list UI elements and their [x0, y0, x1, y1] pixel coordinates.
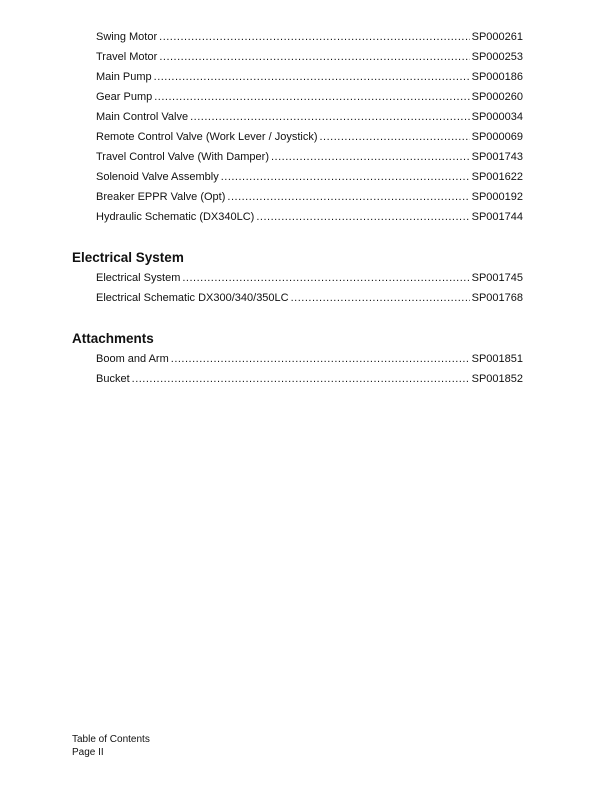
entry-code: SP001852: [472, 373, 523, 385]
entry-title: Main Control Valve: [96, 111, 188, 123]
entry-title: Boom and Arm: [96, 353, 169, 365]
entry-code: SP001744: [472, 211, 523, 223]
dot-leader: [159, 51, 469, 63]
toc-entry[interactable]: Remote Control Valve (Work Lever / Joyst…: [96, 131, 523, 151]
toc-entry[interactable]: Electrical System SP001745: [96, 272, 523, 292]
attachments-list: Boom and ArmSP001851 BucketSP001852: [96, 353, 523, 393]
toc-entry[interactable]: Main Control Valve SP000034: [96, 111, 523, 131]
dot-leader: [154, 71, 470, 83]
dot-leader: [154, 91, 469, 103]
entry-title: Travel Motor: [96, 51, 157, 63]
toc-entry[interactable]: Travel Control Valve (With Damper)SP0017…: [96, 151, 523, 171]
entry-code: SP001768: [472, 292, 523, 304]
entry-title: Electrical System: [96, 272, 180, 284]
dot-leader: [271, 151, 470, 163]
toc-entry[interactable]: Swing MotorSP000261: [96, 31, 523, 51]
entry-code: SP000261: [472, 31, 523, 43]
entry-code: SP000253: [472, 51, 523, 63]
footer-title: Table of Contents: [72, 733, 150, 746]
section-heading-attachments: Attachments: [72, 331, 154, 346]
entry-code: SP001622: [472, 171, 523, 183]
footer-page-number: Page II: [72, 746, 150, 759]
toc-entry[interactable]: Hydraulic Schematic (DX340LC) SP001744: [96, 211, 523, 231]
entry-title: Breaker EPPR Valve (Opt): [96, 191, 225, 203]
page-footer: Table of Contents Page II: [72, 733, 150, 759]
dot-leader: [291, 292, 470, 304]
entry-code: SP000069: [472, 131, 523, 143]
entry-title: Travel Control Valve (With Damper): [96, 151, 269, 163]
dot-leader: [221, 171, 470, 183]
toc-entry[interactable]: Travel MotorSP000253: [96, 51, 523, 71]
dot-leader: [171, 353, 470, 365]
toc-entry[interactable]: Gear Pump SP000260: [96, 91, 523, 111]
entry-code: SP001745: [472, 272, 523, 284]
entry-title: Main Pump: [96, 71, 152, 83]
dot-leader: [182, 272, 469, 284]
toc-entry[interactable]: Main PumpSP000186: [96, 71, 523, 91]
dot-leader: [320, 131, 470, 143]
dot-leader: [256, 211, 469, 223]
entry-code: SP000192: [472, 191, 523, 203]
entry-code: SP001743: [472, 151, 523, 163]
entry-code: SP001851: [472, 353, 523, 365]
toc-entry[interactable]: BucketSP001852: [96, 373, 523, 393]
entry-title: Solenoid Valve Assembly: [96, 171, 219, 183]
toc-entry[interactable]: Boom and ArmSP001851: [96, 353, 523, 373]
entry-code: SP000034: [472, 111, 523, 123]
dot-leader: [132, 373, 470, 385]
toc-entry[interactable]: Solenoid Valve Assembly SP001622: [96, 171, 523, 191]
entry-title: Bucket: [96, 373, 130, 385]
section-heading-electrical: Electrical System: [72, 250, 184, 265]
toc-entry[interactable]: Electrical Schematic DX300/340/350LCSP00…: [96, 292, 523, 312]
entry-code: SP000260: [472, 91, 523, 103]
entry-title: Electrical Schematic DX300/340/350LC: [96, 292, 289, 304]
hydraulic-list: Swing MotorSP000261 Travel MotorSP000253…: [96, 31, 523, 231]
dot-leader: [159, 31, 469, 43]
entry-title: Gear Pump: [96, 91, 152, 103]
entry-title: Swing Motor: [96, 31, 157, 43]
toc-entry[interactable]: Breaker EPPR Valve (Opt) SP000192: [96, 191, 523, 211]
electrical-list: Electrical System SP001745 Electrical Sc…: [96, 272, 523, 312]
dot-leader: [190, 111, 469, 123]
entry-code: SP000186: [472, 71, 523, 83]
entry-title: Remote Control Valve (Work Lever / Joyst…: [96, 131, 318, 143]
dot-leader: [227, 191, 469, 203]
entry-title: Hydraulic Schematic (DX340LC): [96, 211, 254, 223]
